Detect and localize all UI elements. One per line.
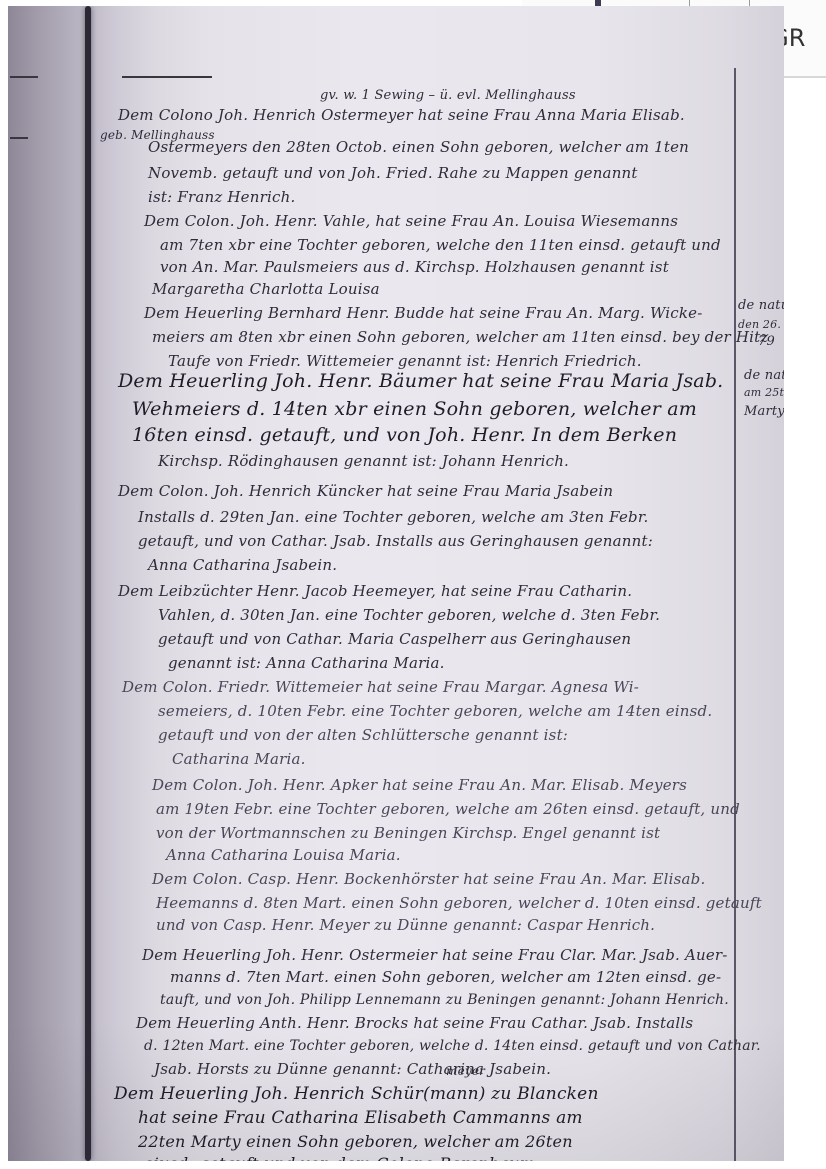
entry-line: 22ten Marty einen Sohn geboren, welcher … bbox=[138, 1132, 573, 1151]
entry-line: Vahlen, d. 30ten Jan. eine Tochter gebor… bbox=[158, 606, 660, 624]
entry-line: und von Casp. Henr. Meyer zu Dünne genan… bbox=[156, 916, 655, 934]
entry-line: Margaretha Charlotta Louisa bbox=[152, 280, 380, 298]
entry-line: Jsab. Horsts zu Dünne genannt: Catharina… bbox=[154, 1060, 551, 1078]
entry-line: Kirchsp. Rödinghausen genannt ist: Johan… bbox=[158, 452, 569, 470]
entry-line: genannt ist: Anna Catharina Maria. bbox=[168, 654, 445, 672]
entry-line: manns d. 7ten Mart. einen Sohn geboren, … bbox=[170, 968, 721, 986]
entry-line: Installs d. 29ten Jan. eine Tochter gebo… bbox=[138, 508, 649, 526]
entry-line: eiusd. getauft und von dem Colono Berenb… bbox=[144, 1154, 535, 1161]
register-page-scan: gv. w. 1 Sewing – ü. evl. Mellinghauss D… bbox=[8, 6, 784, 1161]
entry-line: Dem Leibzüchter Henr. Jacob Heemeyer, ha… bbox=[118, 582, 632, 600]
entry-line: Ostermeyers den 28ten Octob. einen Sohn … bbox=[148, 138, 689, 156]
margin-note: de nat. bbox=[744, 368, 784, 383]
entry-line: Dem Colon. Joh. Henrich Küncker hat sein… bbox=[118, 482, 613, 500]
entry-line: Dem Heuerling Joh. Henr. Bäumer hat sein… bbox=[118, 370, 723, 392]
entry-line: getauft und von der alten Schlüttersche … bbox=[158, 726, 568, 744]
margin-note: Marty 79. bbox=[744, 404, 784, 419]
entry-line: Heemanns d. 8ten Mart. einen Sohn gebore… bbox=[156, 894, 762, 912]
entry-line: am 7ten xbr eine Tochter geboren, welche… bbox=[160, 236, 721, 254]
interlinear-correction: meyer bbox=[446, 1064, 485, 1078]
entry-line: getauft und von Cathar. Maria Caspelherr… bbox=[158, 630, 631, 648]
entry-line: Taufe von Friedr. Wittemeier genannt ist… bbox=[168, 352, 642, 370]
entry-line: getauft, und von Cathar. Jsab. Installs … bbox=[138, 532, 653, 550]
entry-line: Dem Heuerling Bernhard Henr. Budde hat s… bbox=[144, 304, 703, 322]
entry-line: meiers am 8ten xbr einen Sohn geboren, w… bbox=[152, 328, 768, 346]
entry-line: Wehmeiers d. 14ten xbr einen Sohn gebore… bbox=[132, 398, 697, 420]
entry-line: tauft, und von Joh. Philipp Lennemann zu… bbox=[160, 992, 729, 1008]
entry-line: Catharina Maria. bbox=[172, 750, 306, 768]
margin-note: de natus bbox=[738, 298, 784, 313]
entry-line: Dem Colon. Joh. Henr. Vahle, hat seine F… bbox=[144, 212, 678, 230]
entry-line: Dem Heuerling Anth. Henr. Brocks hat sei… bbox=[136, 1014, 693, 1032]
margin-rule bbox=[734, 68, 736, 1161]
margin-note: den 26. Mar bbox=[738, 318, 784, 331]
entry-line: Dem Colono Joh. Henrich Ostermeyer hat s… bbox=[118, 106, 685, 124]
rule-mark bbox=[10, 76, 38, 78]
book-gutter bbox=[85, 6, 91, 1161]
entry-line: Dem Heuerling Joh. Henrich Schür(mann) z… bbox=[114, 1084, 599, 1104]
entry-line: Dem Colon. Friedr. Wittemeier hat seine … bbox=[122, 678, 639, 696]
entry-line: 16ten einsd. getauft, und von Joh. Henr.… bbox=[132, 424, 677, 446]
entry-line: ist: Franz Henrich. bbox=[148, 188, 295, 206]
margin-note: 79 bbox=[758, 334, 775, 349]
entry-line: hat seine Frau Catharina Elisabeth Camma… bbox=[138, 1108, 583, 1128]
entry-line: von An. Mar. Paulsmeiers aus d. Kirchsp.… bbox=[160, 258, 669, 276]
register-header: gv. w. 1 Sewing – ü. evl. Mellinghauss bbox=[320, 88, 576, 103]
entry-line: am 19ten Febr. eine Tochter geboren, wel… bbox=[156, 800, 740, 818]
entry-line: Novemb. getauft und von Joh. Fried. Rahe… bbox=[148, 164, 638, 182]
entry-line: Anna Catharina Louisa Maria. bbox=[166, 846, 401, 864]
rule-mark bbox=[122, 76, 212, 78]
entry-line: Anna Catharina Jsabein. bbox=[148, 556, 337, 574]
entry-line: Dem Colon. Casp. Henr. Bockenhörster hat… bbox=[152, 870, 705, 888]
entry-line: d. 12ten Mart. eine Tochter geboren, wel… bbox=[144, 1038, 761, 1054]
margin-note: am 25ten bbox=[744, 386, 784, 399]
entry-line: Dem Colon. Joh. Henr. Apker hat seine Fr… bbox=[152, 776, 687, 794]
entry-line: Dem Heuerling Joh. Henr. Ostermeier hat … bbox=[142, 946, 728, 964]
entry-line: semeiers, d. 10ten Febr. eine Tochter ge… bbox=[158, 702, 712, 720]
rule-mark bbox=[10, 137, 28, 139]
entry-line: von der Wortmannschen zu Beningen Kirchs… bbox=[156, 824, 660, 842]
